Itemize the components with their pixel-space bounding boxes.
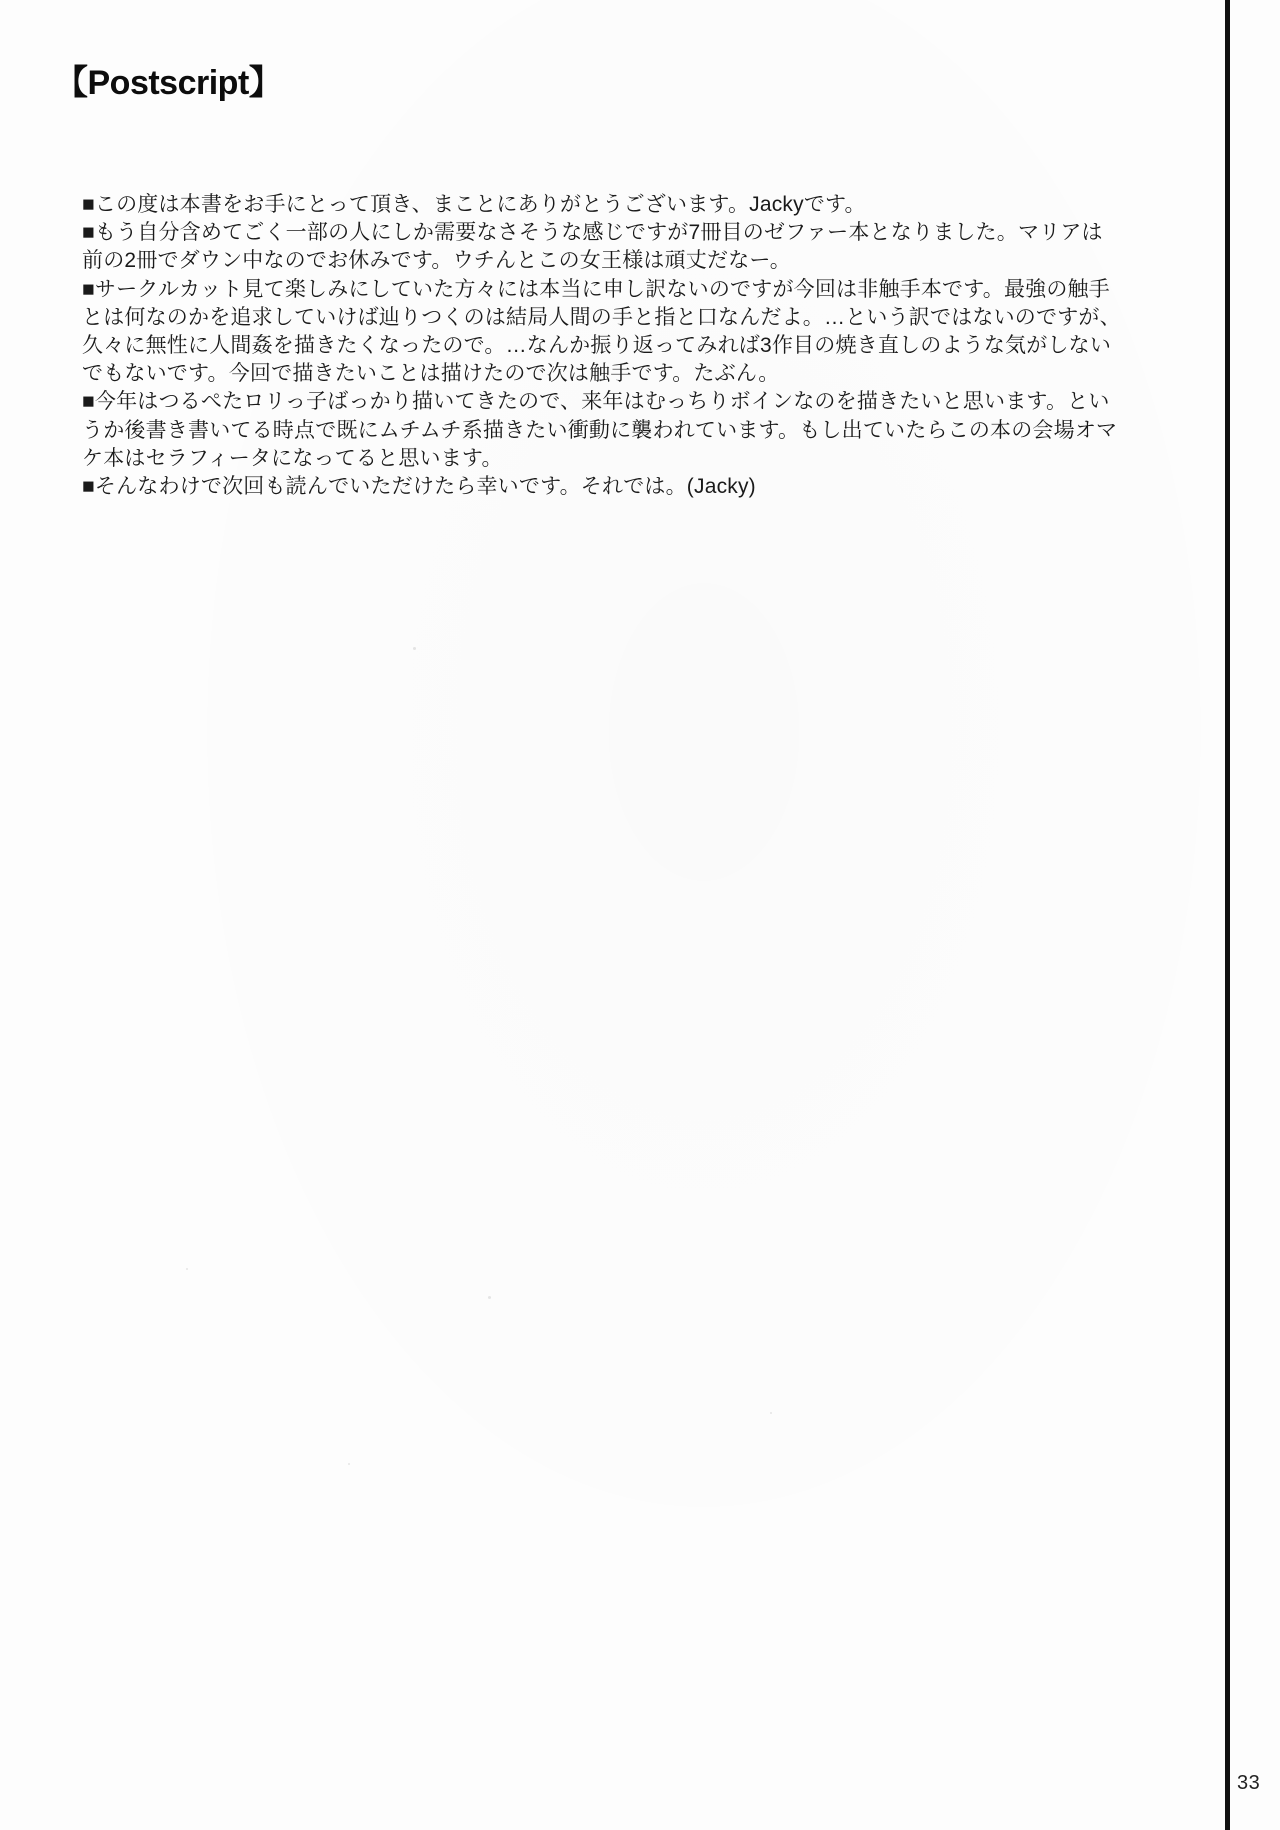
body-text-line: うか後書き書いてる時点で既にムチムチ系描きたい衝動に襲われています。もし出ていた… (82, 417, 1122, 445)
body-text-line: ■サークルカット見て楽しみにしていた方々には本当に申し訳ないのですが今回は非触手… (82, 276, 1122, 304)
body-text-line: ■そんなわけで次回も読んでいただけたら幸いです。それでは。(Jacky) (82, 473, 1122, 501)
body-text-line: ■この度は本書をお手にとって頂き、まことにありがとうございます。Jackyです。 (82, 191, 1122, 219)
body-text-line: でもないです。今回で描きたいことは描けたので次は触手です。たぶん。 (82, 360, 1122, 388)
body-text-line: とは何なのかを追求していけば辿りつくのは結局人間の手と指と口なんだよ。…という訳… (82, 304, 1122, 332)
body-text-line: ケ本はセラフィータになってると思います。 (82, 445, 1122, 473)
scan-speck (770, 1412, 772, 1414)
scan-speck (348, 1463, 350, 1465)
body-text-line: ■もう自分含めてごく一部の人にしか需要なさそうな感じですが7冊目のゼファー本とな… (82, 219, 1122, 247)
body-text-line: 久々に無性に人間姦を描きたくなったので。…なんか振り返ってみれば3作目の焼き直し… (82, 332, 1122, 360)
page-edge-rule (1225, 0, 1230, 1830)
postscript-heading: 【Postscript】 (54, 55, 282, 104)
page-number: 33 (1237, 1772, 1260, 1795)
scan-speck (413, 647, 416, 650)
scan-speck (186, 1268, 188, 1270)
afterword-text-block: ■この度は本書をお手にとって頂き、まことにありがとうございます。Jackyです。… (82, 191, 1122, 501)
body-text-line: 前の2冊でダウン中なのでお休みです。ウチんとこの女王様は頑丈だなー。 (82, 247, 1122, 275)
scanned-document-page: 【Postscript】 ■この度は本書をお手にとって頂き、まことにありがとうご… (0, 0, 1280, 1830)
scan-speck (488, 1296, 491, 1299)
body-text-line: ■今年はつるぺたロリっ子ばっかり描いてきたので、来年はむっちりボインなのを描きた… (82, 388, 1122, 416)
